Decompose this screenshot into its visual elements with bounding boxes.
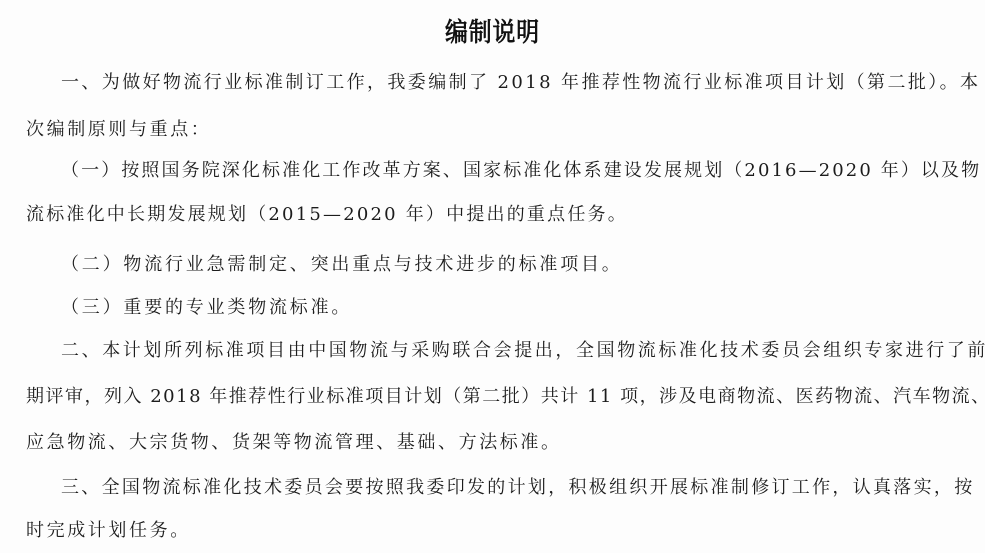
paragraph-line: 二、本计划所列标准项目由中国物流与采购联合会提出，全国物流标准化技术委员会组织专… [61, 339, 985, 363]
paragraph-line: 流标准化中长期发展规划（2015—2020 年）中提出的重点任务。 [26, 203, 628, 227]
document-page: 编制说明 一、为做好物流行业标准制订工作，我委编制了 2018 年推荐性物流行业… [0, 0, 985, 553]
paragraph-line: 时完成计划任务。 [26, 519, 191, 543]
paragraph-line: 三、全国物流标准化技术委员会要按照我委印发的计划，积极组织开展标准制修订工作，认… [61, 476, 975, 500]
paragraph-line: 次编制原则与重点： [26, 118, 211, 142]
paragraph-line: （三）重要的专业类物流标准。 [61, 296, 352, 320]
paragraph-line: 应急物流、大宗货物、货架等物流管理、基础、方法标准。 [26, 431, 562, 455]
paragraph-line: 期评审，列入 2018 年推荐性行业标准项目计划（第二批）共计 11 项，涉及电… [26, 385, 985, 409]
paragraph-line: 一、为做好物流行业标准制订工作，我委编制了 2018 年推荐性物流行业标准项目计… [61, 71, 980, 95]
paragraph-line: （二）物流行业急需制定、突出重点与技术进步的标准项目。 [61, 253, 623, 277]
document-title: 编制说明 [59, 12, 926, 49]
paragraph-line: （一）按照国务院深化标准化工作改革方案、国家标准化体系建设发展规划（2016—2… [61, 159, 981, 183]
